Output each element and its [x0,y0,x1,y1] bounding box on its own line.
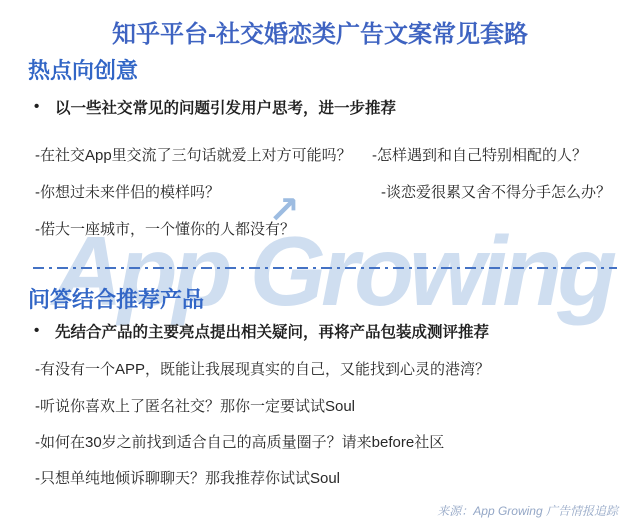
section-heading-hotspot-creative: 热点向创意 [28,54,138,85]
example-line: -谈恋爱很累又舍不得分手怎么办？ [381,181,611,202]
example-line: -偌大一座城市，一个懂你的人都没有？ [35,218,295,239]
dash-dot-divider [33,267,617,269]
example-line: -只想单纯地倾诉聊聊天？那我推荐你试试Soul [35,467,340,488]
section-summary-bullet: 先结合产品的主要亮点提出相关疑问，再将产品包装成测评推荐 [55,320,489,342]
example-line: -你想过未来伴侣的模样吗？ [35,181,220,202]
example-line: -如何在30岁之前找到适合自己的高质量圈子？请来before社区 [35,431,444,452]
example-line: -怎样遇到和自己特别相配的人？ [372,144,587,165]
example-line: -听说你喜欢上了匿名社交？那你一定要试试Soul [35,395,355,416]
section-summary-bullet: 以一些社交常见的问题引发用户思考，进一步推荐 [55,96,396,118]
source-note: 来源：App Growing 广告情报追踪 [437,502,618,519]
bullet-marker: • [34,322,39,339]
page-title: 知乎平台-社交婚恋类广告文案常见套路 [0,14,640,49]
section-heading-qa-recommendation: 问答结合推荐产品 [28,283,204,314]
example-line: -在社交App里交流了三句话就爱上对方可能吗？ [35,144,352,165]
example-line: -有没有一个APP，既能让我展现真实的自己，又能找到心灵的港湾？ [35,358,490,379]
slide: App Growing ↗ 知乎平台-社交婚恋类广告文案常见套路 热点向创意 •… [0,0,640,530]
bullet-marker: • [34,98,39,115]
